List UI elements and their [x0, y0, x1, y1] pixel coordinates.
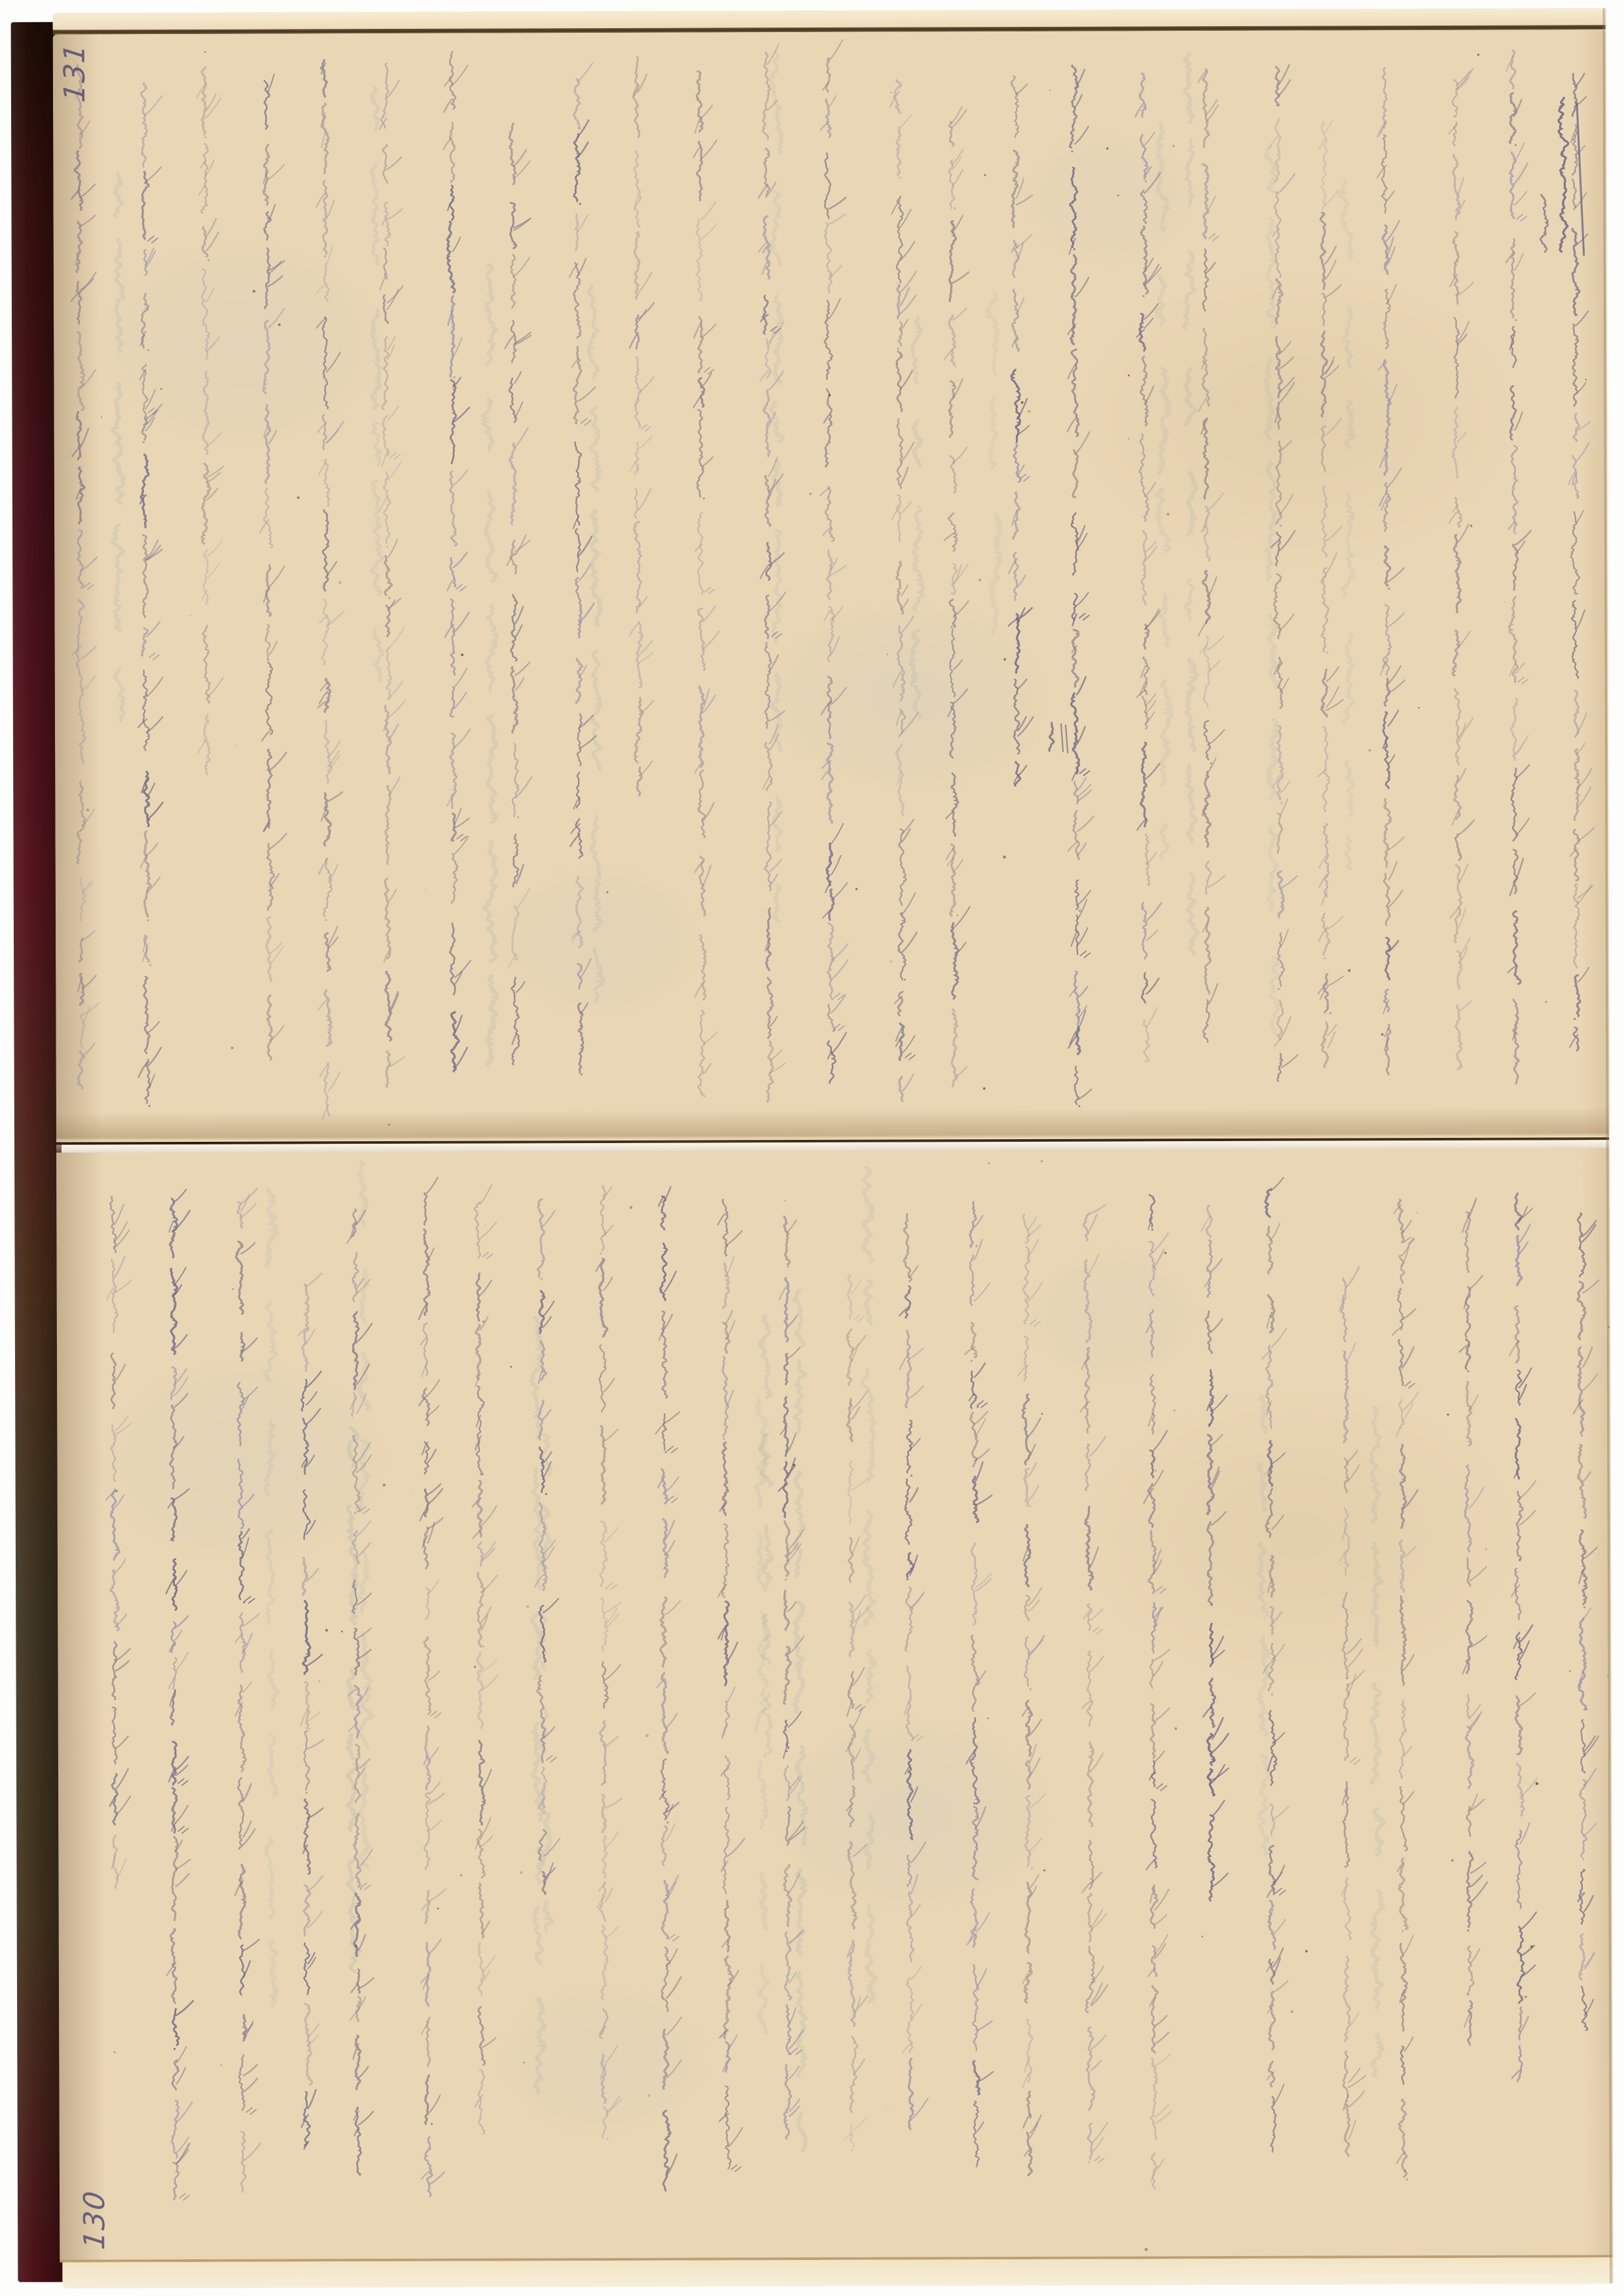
- handwriting-page-131: [53, 29, 1609, 1142]
- page-131: [53, 29, 1609, 1142]
- page-edge-stack-bottom: [62, 2257, 1612, 2288]
- gutter-shadow-upper: [56, 1107, 1609, 1142]
- handwriting-page-130: [56, 1148, 1612, 2259]
- scanned-book-spread: 131 130: [0, 0, 1624, 2296]
- book: 131 130: [0, 0, 1624, 2296]
- page-130: [56, 1148, 1612, 2259]
